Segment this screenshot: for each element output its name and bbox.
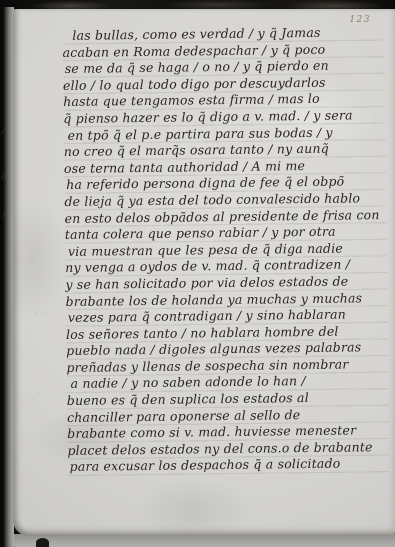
- manuscript-text: las bullas, como es verdad / y q̃ Jamas …: [62, 24, 389, 478]
- ink-showthrough-mark: a.: [1, 169, 11, 182]
- manuscript-photo: 123 / a. / · · · · · las bullas, como es…: [0, 0, 395, 547]
- ink-showthrough-mark: · · ·: [35, 309, 59, 319]
- bottom-corner-stain: [36, 538, 49, 547]
- binding-edge: [0, 7, 14, 547]
- manuscript-page: 123 / a. / · · · · · las bullas, como es…: [13, 9, 395, 536]
- text-line: para excusar los despachos q̃ a solicita…: [70, 455, 390, 476]
- ink-showthrough-mark: · ·: [37, 389, 52, 399]
